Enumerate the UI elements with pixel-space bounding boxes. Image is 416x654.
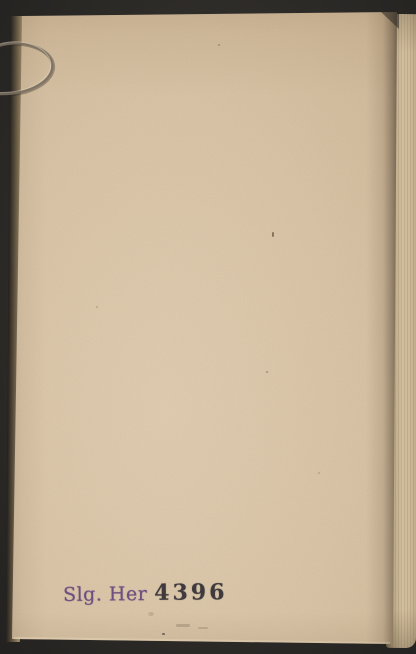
paperclip-icon xyxy=(0,37,64,105)
stamp-inventory-number: 4396 xyxy=(154,579,228,606)
book-page-scan: Slg. Her 4396 xyxy=(0,0,416,654)
ink-smudge xyxy=(176,624,190,627)
ownership-stamp: Slg. Her 4396 xyxy=(63,579,228,607)
paper-speck xyxy=(96,306,98,308)
paper-speck xyxy=(272,232,274,237)
paper-speck xyxy=(318,472,320,474)
paper-speck xyxy=(266,371,268,373)
paper-speck xyxy=(218,44,220,46)
ink-smudge xyxy=(198,627,208,629)
ink-smudge xyxy=(162,633,165,635)
stamp-collection-label: Slg. Her xyxy=(63,583,147,606)
ink-smudge xyxy=(148,612,154,616)
